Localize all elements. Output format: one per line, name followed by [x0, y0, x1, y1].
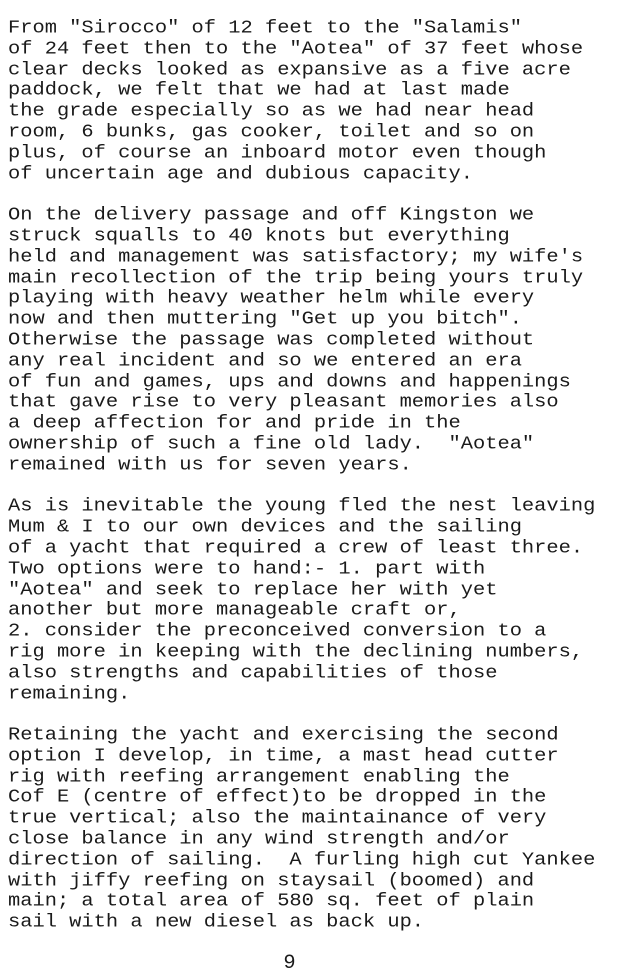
- text-line: ownership of such a fine old lady. "Aote…: [8, 436, 633, 455]
- text-line: paddock, we felt that we had at last mad…: [8, 82, 633, 101]
- typewritten-page: From "Sirocco" of 12 feet to the "Salami…: [8, 19, 633, 955]
- text-line: of 24 feet then to the "Aotea" of 37 fee…: [8, 41, 633, 60]
- text-line: As is inevitable the young fled the nest…: [8, 498, 633, 517]
- text-line: remained with us for seven years.: [8, 457, 633, 476]
- text-line: also strengths and capabilities of those: [8, 665, 633, 684]
- text-line: with jiffy reefing on staysail (boomed) …: [8, 873, 633, 892]
- text-line: room, 6 bunks, gas cooker, toilet and so…: [8, 124, 633, 143]
- text-line: "Aotea" and seek to replace her with yet: [8, 582, 633, 601]
- text-line: On the delivery passage and off Kingston…: [8, 207, 633, 226]
- paragraph-boats: From "Sirocco" of 12 feet to the "Salami…: [8, 19, 633, 185]
- text-line: close balance in any wind strength and/o…: [8, 831, 633, 850]
- text-line: true vertical; also the maintainance of …: [8, 810, 633, 829]
- text-line: any real incident and so we entered an e…: [8, 353, 633, 372]
- text-line: now and then muttering "Get up you bitch…: [8, 311, 633, 330]
- text-line: main recollection of the trip being your…: [8, 270, 633, 289]
- text-line: rig more in keeping with the declining n…: [8, 644, 633, 663]
- paragraph-rig-conversion: Retaining the yacht and exercising the s…: [8, 726, 633, 934]
- text-line: Two options were to hand:- 1. part with: [8, 561, 633, 580]
- text-line: Retaining the yacht and exercising the s…: [8, 727, 633, 746]
- paragraph-options: As is inevitable the young fled the nest…: [8, 497, 633, 705]
- text-line: that gave rise to very pleasant memories…: [8, 394, 633, 413]
- text-line: Cof E (centre of effect)to be dropped in…: [8, 790, 633, 809]
- text-line: sail with a new diesel as back up.: [8, 914, 633, 933]
- page-number: 9: [0, 952, 633, 974]
- text-line: clear decks looked as expansive as a fiv…: [8, 62, 633, 81]
- text-line: playing with heavy weather helm while ev…: [8, 290, 633, 309]
- text-line: of fun and games, ups and downs and happ…: [8, 374, 633, 393]
- text-line: direction of sailing. A furling high cut…: [8, 852, 633, 871]
- text-line: main; a total area of 580 sq. feet of pl…: [8, 894, 633, 913]
- text-line: 2. consider the preconceived conversion …: [8, 623, 633, 642]
- text-line: Otherwise the passage was completed with…: [8, 332, 633, 351]
- text-line: remaining.: [8, 686, 633, 705]
- text-line: another but more manageable craft or,: [8, 602, 633, 621]
- text-line: of a yacht that required a crew of least…: [8, 540, 633, 559]
- text-line: the grade especially so as we had near h…: [8, 103, 633, 122]
- paragraph-delivery-passage: On the delivery passage and off Kingston…: [8, 206, 633, 476]
- text-line: held and management was satisfactory; my…: [8, 249, 633, 268]
- text-line: From "Sirocco" of 12 feet to the "Salami…: [8, 20, 633, 39]
- text-line: option I develop, in time, a mast head c…: [8, 748, 633, 767]
- text-line: of uncertain age and dubious capacity.: [8, 166, 633, 185]
- text-line: Mum & I to our own devices and the saili…: [8, 519, 633, 538]
- text-line: struck squalls to 40 knots but everythin…: [8, 228, 633, 247]
- text-line: rig with reefing arrangement enabling th…: [8, 769, 633, 788]
- text-line: a deep affection for and pride in the: [8, 415, 633, 434]
- text-line: plus, of course an inboard motor even th…: [8, 145, 633, 164]
